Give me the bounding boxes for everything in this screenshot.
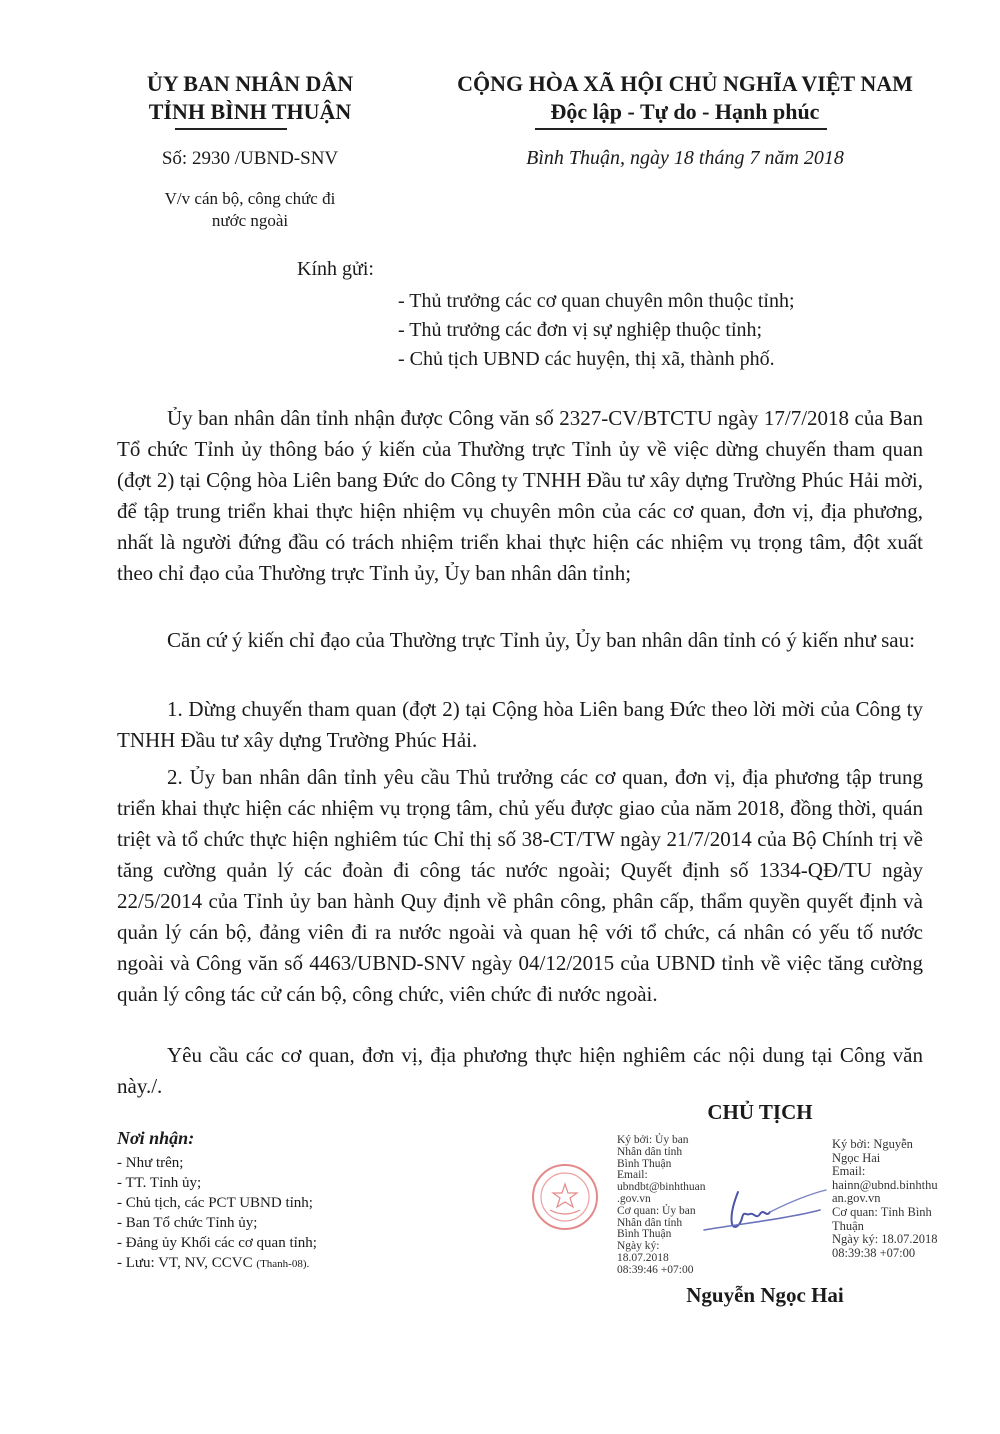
handwritten-signature-icon [700,1180,840,1240]
stamp-line: 08:39:38 +07:00 [832,1247,972,1261]
recipient-list: - Thủ trưởng các cơ quan chuyên môn thuộ… [398,287,795,374]
distribution-item: - Chủ tịch, các PCT UBND tỉnh; [117,1193,317,1213]
agency-underline [175,128,287,130]
stamp-line: hainn@ubnd.binhthu [832,1179,972,1193]
stamp-line: Ký bởi: Nguyễn [832,1138,972,1152]
national-heading: CỘNG HÒA XÃ HỘI CHỦ NGHĨA VIỆT NAM Độc l… [425,70,945,126]
recipient-item: - Thủ trưởng các cơ quan chuyên môn thuộ… [398,287,795,316]
personal-digital-signature: Ký bởi: Nguyễn Ngọc Hai Email: hainn@ubn… [832,1138,972,1260]
distribution-item: - Đảng ủy Khối các cơ quan tỉnh; [117,1233,317,1253]
distribution-list: - Như trên; - TT. Tỉnh ủy; - Chủ tịch, c… [117,1153,317,1274]
stamp-line: 18.07.2018 [617,1253,712,1265]
agency-line-1: ỦY BAN NHÂN DÂN [100,70,400,98]
stamp-line: Cơ quan: Tỉnh Bình [832,1206,972,1220]
signer-title: CHỦ TỊCH [680,1100,840,1125]
body-paragraph: 2. Ủy ban nhân dân tỉnh yêu cầu Thủ trưở… [117,762,923,1010]
recipient-item: - Thủ trưởng các đơn vị sự nghiệp thuộc … [398,316,795,345]
nation-motto: Độc lập - Tự do - Hạnh phúc [425,98,945,126]
distribution-item: - Như trên; [117,1153,317,1173]
greeting: Kính gửi: [297,258,374,281]
distribution-item-text: - Lưu: VT, NV, CCVC [117,1255,253,1271]
body-paragraph: 1. Dừng chuyến tham quan (đợt 2) tại Cộn… [117,694,923,756]
stamp-line: Ngọc Hai [832,1152,972,1166]
recipient-item: - Chủ tịch UBND các huyện, thị xã, thành… [398,345,795,374]
body-paragraph: Yêu cầu các cơ quan, đơn vị, địa phương … [117,1040,923,1102]
distribution-title: Nơi nhận: [117,1128,194,1149]
stamp-line: an.gov.vn [832,1192,972,1206]
stamp-line: Nhân dân tỉnh [617,1147,712,1159]
signer-name: Nguyễn Ngọc Hai [650,1283,880,1308]
stamp-line: Email: [832,1165,972,1179]
stamp-line: .gov.vn [617,1194,712,1206]
body-paragraph: Căn cứ ý kiến chỉ đạo của Thường trực Tỉ… [117,625,923,656]
nation-name: CỘNG HÒA XÃ HỘI CHỦ NGHĨA VIỆT NAM [425,70,945,98]
place-and-date: Bình Thuận, ngày 18 tháng 7 năm 2018 [425,147,945,170]
subject-line-2: nước ngoài [100,210,400,232]
stamp-line: Thuận [832,1220,972,1234]
subject-line-1: V/v cán bộ, công chức đi [100,188,400,210]
stamp-line: Cơ quan: Ủy ban [617,1206,712,1218]
document-subject: V/v cán bộ, công chức đi nước ngoài [100,188,400,232]
distribution-note: (Thanh-08). [256,1258,309,1270]
issuing-agency: ỦY BAN NHÂN DÂN TỈNH BÌNH THUẬN [100,70,400,126]
distribution-item: - TT. Tỉnh ủy; [117,1173,317,1193]
distribution-item: - Ban Tổ chức Tỉnh ủy; [117,1213,317,1233]
organization-digital-signature: Ký bởi: Ủy ban Nhân dân tỉnh Bình Thuận … [617,1135,712,1277]
stamp-line: Ngày ký: 18.07.2018 [832,1233,972,1247]
document-number: Số: 2930 /UBND-SNV [100,148,400,170]
agency-line-2: TỈNH BÌNH THUẬN [100,98,400,126]
official-seal-icon [530,1162,600,1232]
motto-underline [535,128,827,130]
body-paragraph: Ủy ban nhân dân tỉnh nhận được Công văn … [117,403,923,589]
distribution-item: - Lưu: VT, NV, CCVC (Thanh-08). [117,1253,317,1274]
stamp-line: 08:39:46 +07:00 [617,1265,712,1277]
